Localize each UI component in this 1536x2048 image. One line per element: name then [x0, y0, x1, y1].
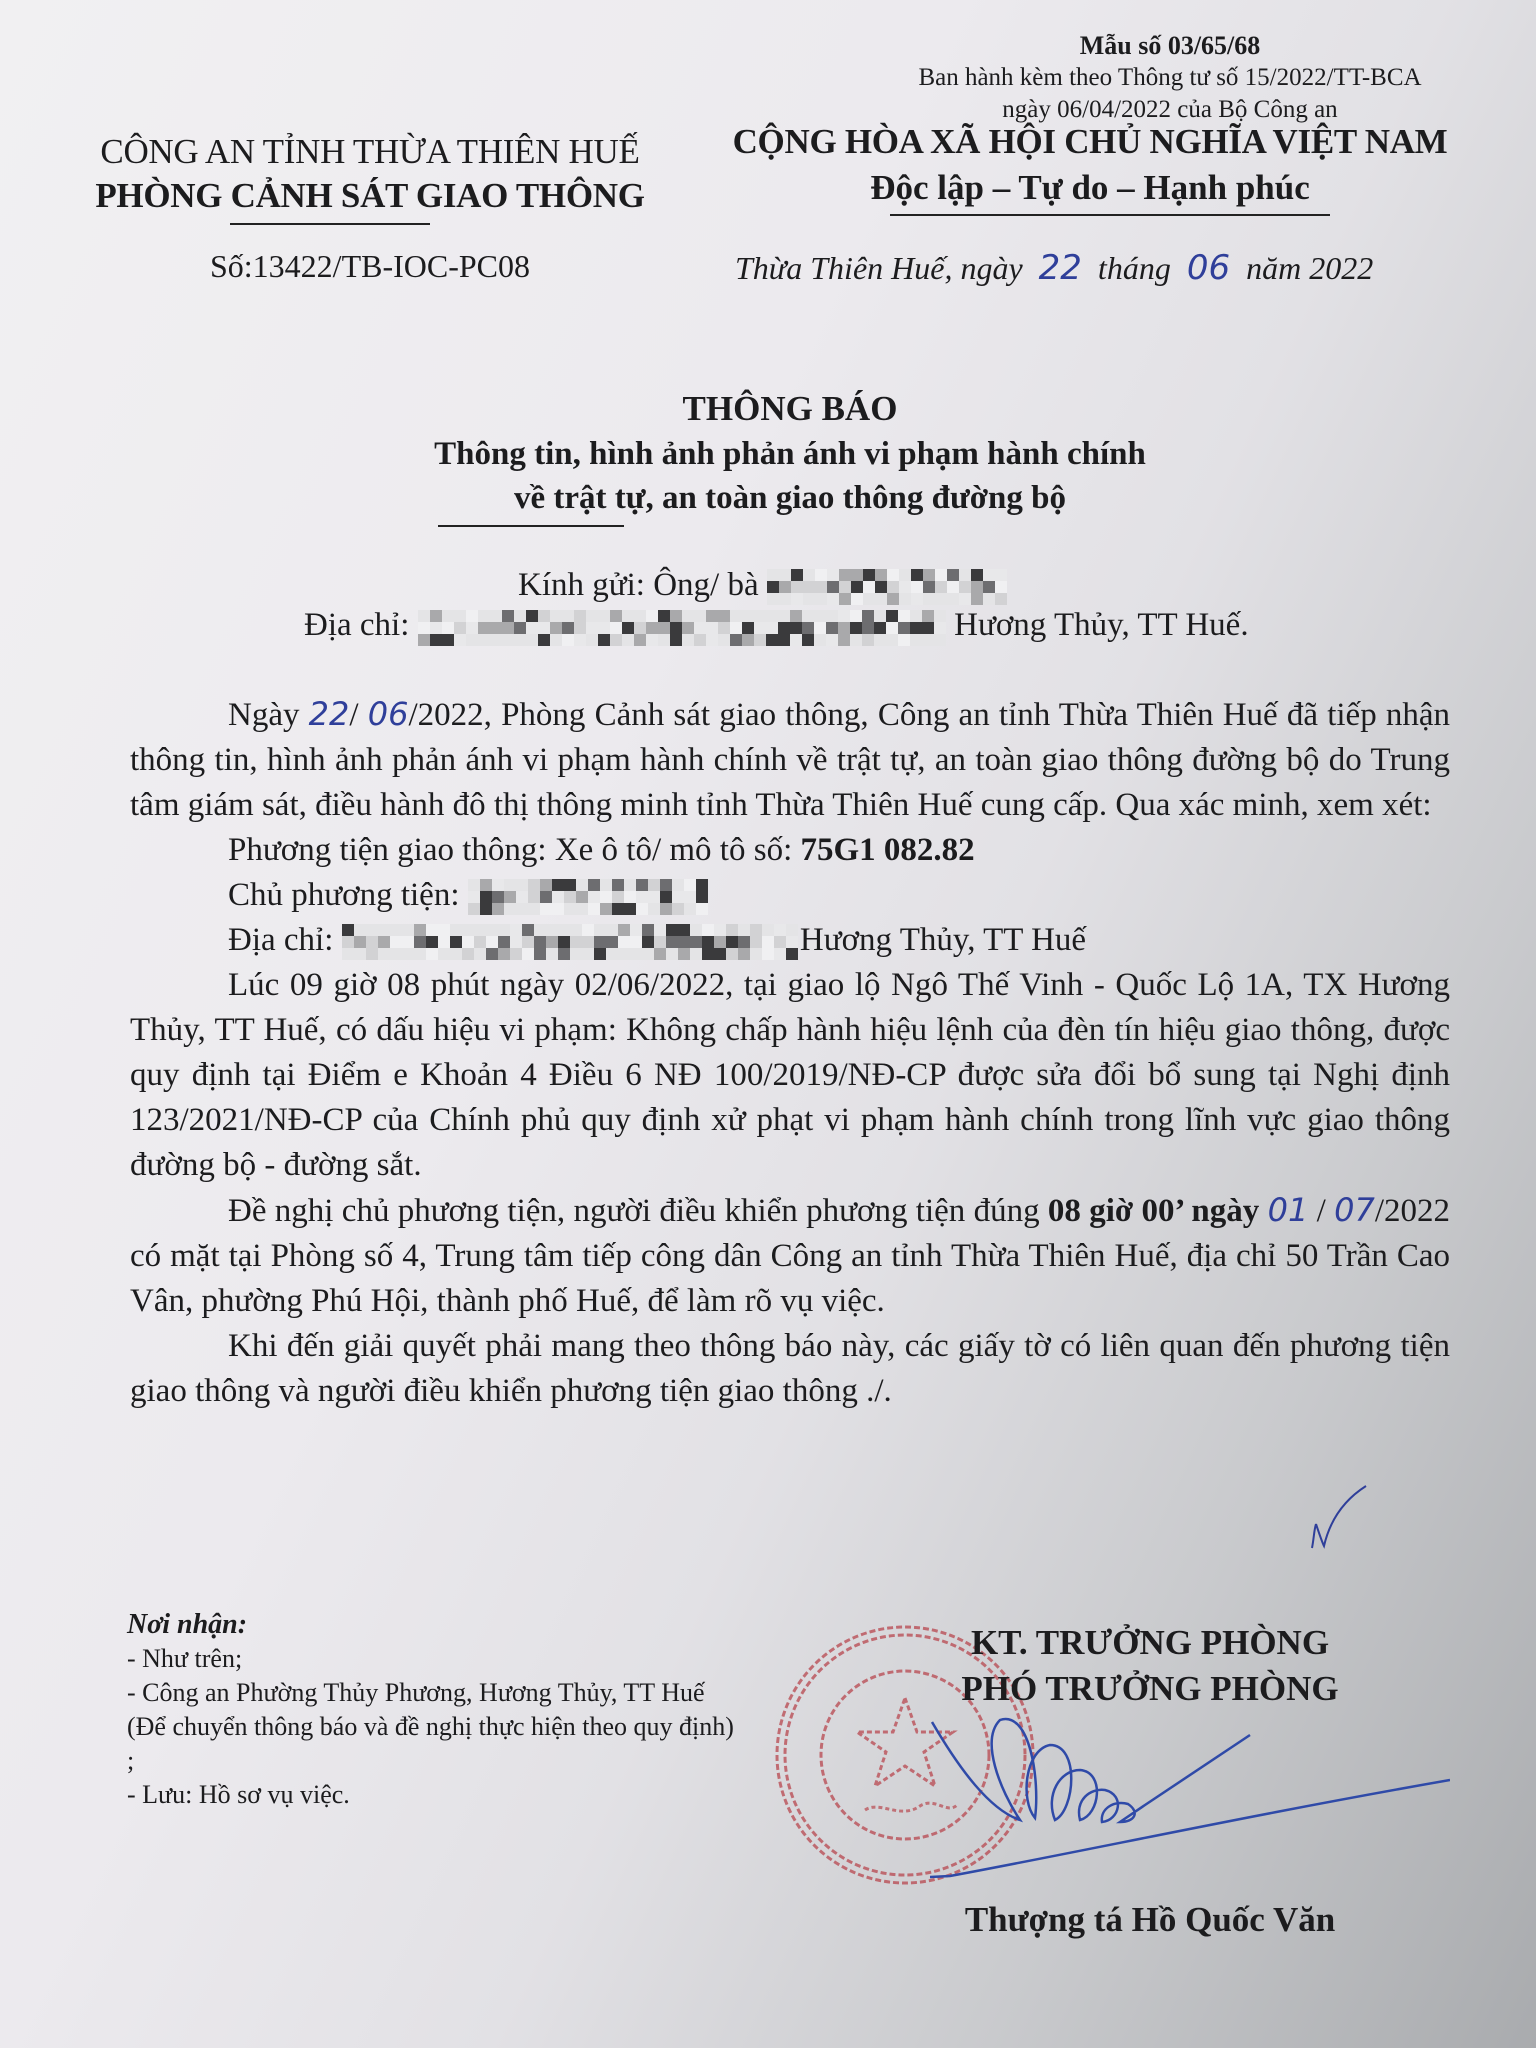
recipient-item: - Như trên;: [127, 1642, 747, 1676]
document-number: Số:13422/TB-IOC-PC08: [60, 248, 680, 285]
year-label: năm 2022: [1246, 250, 1373, 286]
signature-title-1: KT. TRƯỞNG PHÒNG: [830, 1620, 1470, 1666]
handwritten-appointment-day: 01: [1268, 1191, 1309, 1229]
address-label: Địa chỉ:: [304, 607, 409, 643]
appointment-time: 08 giờ 00’ ngày: [1048, 1193, 1259, 1229]
recipients-heading: Nơi nhận:: [127, 1608, 747, 1642]
address-line: Địa chỉ: , Hương Thủy, TT Huế.: [300, 605, 1300, 645]
owner-line: Chủ phương tiện:: [130, 873, 1450, 918]
form-issued-with: Ban hành kèm theo Thông tư số 15/2022/TT…: [850, 62, 1490, 94]
nation-motto: Độc lập – Tự do – Hạnh phúc: [690, 166, 1490, 210]
motto-underline: [890, 214, 1330, 216]
recipients-list: Nơi nhận: - Như trên; - Công an Phường T…: [127, 1608, 747, 1812]
month-label: tháng: [1098, 250, 1171, 286]
handwritten-appointment-month: 07: [1334, 1191, 1375, 1229]
agency-parent: CÔNG AN TỈNH THỪA THIÊN HUẾ: [60, 130, 680, 174]
salutation-line: Kính gửi: Ông/ bà: [300, 565, 1300, 605]
recipient-item: - Công an Phường Thủy Phương, Hương Thủy…: [127, 1676, 747, 1778]
handwritten-tick-icon: [1300, 1480, 1370, 1560]
salutation: Kính gửi: Ông/ bà: [518, 567, 759, 603]
recipient-block: Kính gửi: Ông/ bà Địa chỉ: , Hương Thủy,…: [300, 565, 1300, 646]
handwritten-month: 06: [1179, 248, 1238, 288]
title-main: THÔNG BÁO: [250, 386, 1330, 432]
handwritten-signature-icon: [930, 1700, 1450, 1880]
paragraph-summons: Đề nghị chủ phương tiện, người điều khiể…: [130, 1188, 1450, 1324]
agency-underline: [230, 223, 430, 225]
title-line-1: Thông tin, hình ảnh phản ánh vi phạm hàn…: [250, 432, 1330, 476]
form-number: Mẫu số 03/65/68: [850, 30, 1490, 62]
handwritten-received-month: 06: [368, 695, 409, 733]
vehicle-line: Phương tiện giao thông: Xe ô tô/ mô tô s…: [130, 828, 1450, 873]
license-plate: 75G1 082.82: [801, 832, 975, 868]
redacted-name: [767, 569, 997, 605]
redacted-owner-address: [342, 924, 792, 960]
title-underline: [438, 525, 624, 527]
place-date-prefix: Thừa Thiên Huế, ngày: [735, 250, 1023, 286]
form-info: Mẫu số 03/65/68 Ban hành kèm theo Thông …: [850, 30, 1490, 126]
owner-address-line: Địa chỉ: Hương Thủy, TT Huế: [130, 918, 1450, 963]
notice-body: Ngày 22/ 06/2022, Phòng Cảnh sát giao th…: [130, 692, 1450, 1414]
handwritten-day: 22: [1031, 248, 1090, 288]
place-date: Thừa Thiên Huế, ngày 22 tháng 06 năm 202…: [735, 248, 1495, 288]
paragraph-violation: Lúc 09 giờ 08 phút ngày 02/06/2022, tại …: [130, 963, 1450, 1188]
address-suffix: , Hương Thủy, TT Huế.: [938, 607, 1249, 643]
paragraph-received: Ngày 22/ 06/2022, Phòng Cảnh sát giao th…: [130, 692, 1450, 828]
agency-header: CÔNG AN TỈNH THỪA THIÊN HUẾ PHÒNG CẢNH S…: [60, 130, 680, 218]
paragraph-documents: Khi đến giải quyết phải mang theo thông …: [130, 1324, 1450, 1414]
recipient-item: - Lưu: Hồ sơ vụ việc.: [127, 1778, 747, 1812]
document-title: THÔNG BÁO Thông tin, hình ảnh phản ánh v…: [250, 386, 1330, 520]
signature-block: KT. TRƯỞNG PHÒNG PHÓ TRƯỞNG PHÒNG: [830, 1620, 1470, 1712]
redacted-address: [418, 610, 938, 646]
title-line-2: về trật tự, an toàn giao thông đường bộ: [250, 476, 1330, 520]
handwritten-received-day: 22: [309, 695, 350, 733]
redacted-owner: [468, 879, 698, 915]
agency-name: PHÒNG CẢNH SÁT GIAO THÔNG: [60, 174, 680, 218]
nation-header: CỘNG HÒA XÃ HỘI CHỦ NGHĨA VIỆT NAM Độc l…: [690, 118, 1490, 210]
signer-name: Thượng tá Hồ Quốc Văn: [830, 1900, 1470, 1940]
nation-name: CỘNG HÒA XÃ HỘI CHỦ NGHĨA VIỆT NAM: [690, 118, 1490, 166]
